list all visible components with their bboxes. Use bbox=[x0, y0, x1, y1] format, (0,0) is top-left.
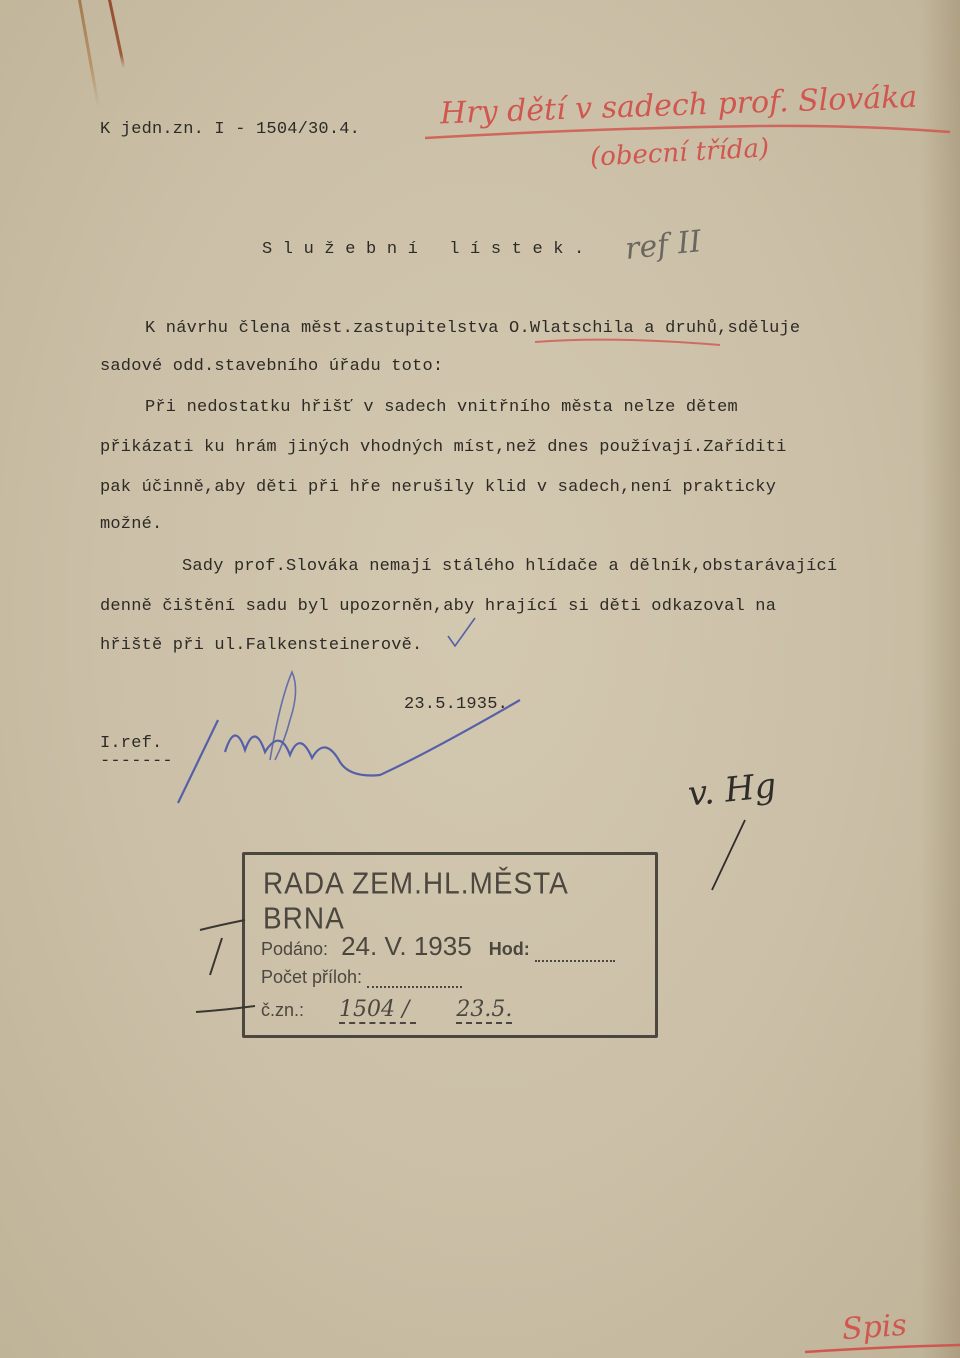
stamp-submitted-date: 24. V. 1935 bbox=[341, 931, 472, 961]
stamp-ref-date: 23.5. bbox=[456, 997, 512, 1024]
stamp-attachments-row: Počet příloh: bbox=[261, 967, 462, 988]
registry-stamp: RADA ZEM.HL.MĚSTA BRNA Podáno: 24. V. 19… bbox=[242, 852, 658, 1038]
stamp-hour-label: Hod: bbox=[489, 939, 530, 959]
stamp-attachments-blank bbox=[367, 986, 462, 988]
stamp-hour-blank bbox=[535, 960, 615, 962]
stamp-submitted-label: Podáno: bbox=[261, 939, 328, 959]
stamp-ref-row: č.zn.: 1504 / 23.5. bbox=[261, 997, 641, 1022]
stamp-ref-label: č.zn.: bbox=[261, 1000, 304, 1020]
stamp-header: RADA ZEM.HL.MĚSTA BRNA bbox=[263, 866, 655, 936]
red-annotation-spis: Spis bbox=[841, 1308, 908, 1347]
stamp-ref-number: 1504 / bbox=[339, 997, 416, 1024]
handwriting-strokes bbox=[0, 0, 960, 1358]
stamp-submitted-row: Podáno: 24. V. 1935 Hod: bbox=[261, 931, 615, 962]
stamp-attachments-label: Počet příloh: bbox=[261, 967, 362, 987]
